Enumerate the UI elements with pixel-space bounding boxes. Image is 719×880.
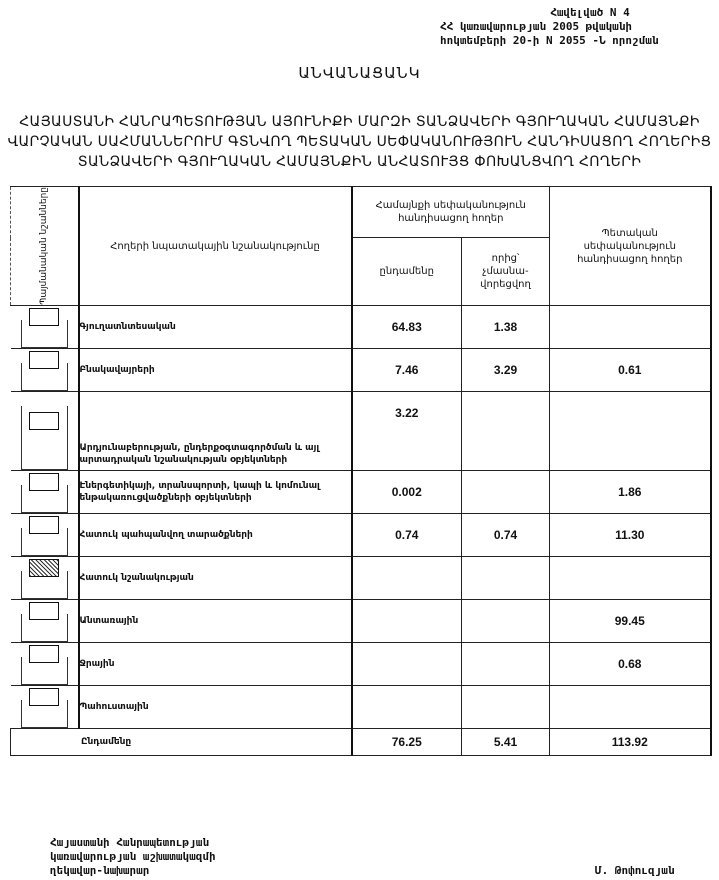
state-land-value	[550, 557, 711, 600]
subtitle-line: ՀԱՅԱՍՏԱՆԻ ՀԱՆՐԱՊԵՏՈՒԹՅԱՆ ԱՅՈՒՆԻՔԻ ՄԱՐԶԻ …	[0, 112, 719, 132]
land-category: Հատուկ պահպանվող տարածքների	[79, 514, 352, 557]
community-land-header: Համայնքի սեփականություն հանդիսացող հողեր	[352, 187, 550, 238]
legend-box-icon	[29, 688, 59, 706]
community-total-value: 3.22	[352, 392, 462, 471]
approval-note: Հավելված N 4 ՀՀ կառավարության 2005 թվակա…	[440, 6, 719, 48]
table-row: Հատուկ պահպանվող տարածքների0.740.7411.30	[11, 514, 711, 557]
privatized-header: որից՝ չմասնա-վորեցվող	[462, 238, 550, 306]
table-row: Արդյունաբերության, ընդերքօգտագործման և ա…	[11, 392, 711, 471]
table-row: Պահուստային	[11, 686, 711, 729]
legend-box-icon	[29, 645, 59, 663]
privatized-value	[462, 471, 550, 514]
privatized-value: 0.74	[462, 514, 550, 557]
table-row: Էներգետիկայի, տրանսպորտի, կապի և կոմունա…	[11, 471, 711, 514]
community-total-value	[352, 557, 462, 600]
community-total-value	[352, 686, 462, 729]
community-total-value: 64.83	[352, 306, 462, 349]
legend-cell	[11, 557, 79, 600]
state-land-value: 99.45	[550, 600, 711, 643]
total-header: ընդամենը	[352, 238, 462, 306]
state-land-header: Պետական սեփականություն հանդիսացող հողեր	[550, 187, 711, 306]
legend-header: Պայմանական նշանները	[11, 187, 79, 306]
hatched-legend-icon	[29, 559, 59, 577]
document-title: ԱՆՎԱՆԱՑԱՆԿ	[0, 64, 719, 82]
community-total-value: 0.74	[352, 514, 462, 557]
legend-cell	[11, 643, 79, 686]
table-row: Ջրային0.68	[11, 643, 711, 686]
privatized-value	[462, 643, 550, 686]
total-privatized-value: 5.41	[462, 729, 550, 756]
privatized-value: 3.29	[462, 349, 550, 392]
legend-cell	[11, 306, 79, 349]
subtitle-line: ՏԱՆՁԱՎԵՐԻ ԳՅՈՒՂԱԿԱՆ ՀԱՄԱՅՆՔԻՆ ԱՆՀԱՏՈՒՅՑ …	[0, 152, 719, 172]
legend-box-icon	[29, 516, 59, 534]
legend-cell	[11, 514, 79, 557]
legend-box-icon	[29, 351, 59, 369]
total-label: Ընդամենը	[11, 729, 352, 756]
state-land-value: 0.68	[550, 643, 711, 686]
land-category: Բնակավայրերի	[79, 349, 352, 392]
signatory-title: Հայաստանի Հանրապետության կառավարության ա…	[50, 836, 216, 878]
land-table: Պայմանական նշանները Հողերի նպատակային նշ…	[10, 186, 712, 756]
land-category: Պահուստային	[79, 686, 352, 729]
purpose-header: Հողերի նպատակային նշանակությունը	[79, 187, 352, 306]
community-total-value: 7.46	[352, 349, 462, 392]
state-land-value	[550, 392, 711, 471]
legend-box-icon	[29, 473, 59, 491]
total-community-value: 76.25	[352, 729, 462, 756]
header-row-1: Պայմանական նշանները Հողերի նպատակային նշ…	[11, 187, 711, 238]
legend-cell	[11, 600, 79, 643]
subtitle-line: ՎԱՐՉԱԿԱՆ ՍԱՀՄԱՆՆԵՐՈՒՄ ԳՏՆՎՈՂ ՊԵՏԱԿԱՆ ՍԵՓ…	[0, 132, 719, 152]
state-land-value: 1.86	[550, 471, 711, 514]
table-row: Գյուղատնտեսական64.831.38	[11, 306, 711, 349]
privatized-value	[462, 392, 550, 471]
decision-date: հոկտեմբերի 20-ի N 2055 -Ն որոշման	[440, 34, 719, 48]
community-total-value: 0.002	[352, 471, 462, 514]
community-total-value	[352, 643, 462, 686]
appendix-number: Հավելված N 4	[440, 6, 719, 20]
signatory-line: Հայաստանի Հանրապետության	[50, 836, 216, 850]
privatized-value: 1.38	[462, 306, 550, 349]
state-land-value	[550, 686, 711, 729]
land-category: Արդյունաբերության, ընդերքօգտագործման և ա…	[79, 392, 352, 471]
table-row: Բնակավայրերի7.463.290.61	[11, 349, 711, 392]
land-category: Հատուկ նշանակության	[79, 557, 352, 600]
land-category: Էներգետիկայի, տրանսպորտի, կապի և կոմունա…	[79, 471, 352, 514]
legend-cell	[11, 392, 79, 471]
land-category: Ջրային	[79, 643, 352, 686]
land-category: Գյուղատնտեսական	[79, 306, 352, 349]
legend-cell	[11, 349, 79, 392]
land-category: Անտառային	[79, 600, 352, 643]
privatized-value	[462, 686, 550, 729]
state-land-value	[550, 306, 711, 349]
legend-box-icon	[29, 412, 59, 430]
signatory-name: Մ. Թոփուզյան	[595, 864, 674, 877]
document-subtitle: ՀԱՅԱՍՏԱՆԻ ՀԱՆՐԱՊԵՏՈՒԹՅԱՆ ԱՅՈՒՆԻՔԻ ՄԱՐԶԻ …	[0, 112, 719, 172]
total-row: Ընդամենը76.255.41113.92	[11, 729, 711, 756]
total-state-value: 113.92	[550, 729, 711, 756]
signatory-line: ղեկավար-նախարար	[50, 864, 216, 878]
privatized-value	[462, 600, 550, 643]
table-row: Հատուկ նշանակության	[11, 557, 711, 600]
privatized-value	[462, 557, 550, 600]
state-land-value: 11.30	[550, 514, 711, 557]
legend-cell	[11, 471, 79, 514]
community-total-value	[352, 600, 462, 643]
legend-box-icon	[29, 602, 59, 620]
signatory-line: կառավարության աշխատակազմի	[50, 850, 216, 864]
legend-cell	[11, 686, 79, 729]
decision-reference: ՀՀ կառավարության 2005 թվականի	[440, 20, 719, 34]
table-row: Անտառային99.45	[11, 600, 711, 643]
legend-box-icon	[29, 308, 59, 326]
state-land-value: 0.61	[550, 349, 711, 392]
